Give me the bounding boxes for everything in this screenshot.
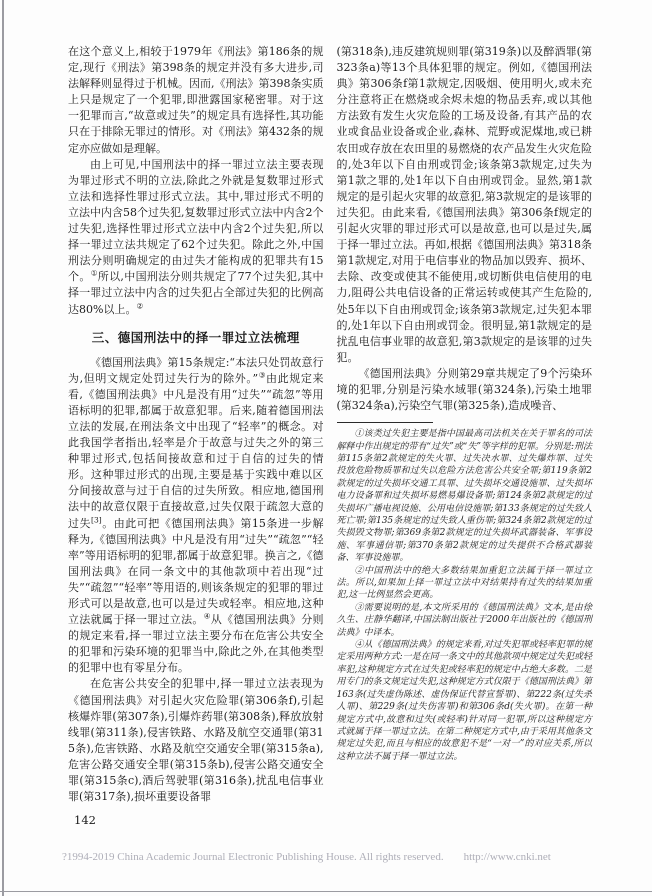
footnote-marker: ④	[204, 611, 211, 620]
footnote-marker: ③	[258, 370, 266, 379]
text-run: (第318条),违反建筑规则罪(第319条)以及醉酒罪(第323条a)等13个具…	[337, 45, 593, 364]
text-run: 在这个意义上,相较于1979年《刑法》第186条的规定,现行《刑法》第398条的…	[68, 45, 324, 155]
body-paragraph: 《德国刑法典》分则第29章共规定了9个污染环境的犯罪,分别是污染水域罪(第324…	[337, 366, 593, 414]
body-paragraph: 在危害公共安全的犯罪中,择一罪过立法表现为《德国刑法典》对引起火灾危险罪(第30…	[68, 676, 324, 805]
footnote-paragraph: ①该类过失犯主要是指中国最高司法机关在关于罪名的司法解释中作出规定的带有“过失”…	[337, 428, 593, 564]
footnote-marker: [3]	[91, 515, 102, 524]
footnote-paragraph: ②中国刑法中的绝大多数结果加重犯立法属于择一罪过立法。所以,如果加上择一罪过立法…	[337, 565, 593, 602]
body-paragraph: (第318条),违反建筑规则罪(第319条)以及醉酒罪(第323条a)等13个具…	[337, 44, 593, 366]
page-bottom-edge	[0, 891, 652, 892]
text-run: 在危害公共安全的犯罪中,择一罪过立法表现为《德国刑法典》对引起火灾危险罪(第30…	[68, 677, 324, 803]
body-paragraph: 由上可见,中国刑法中的择一罪过立法主要表现为罪过形式不明的立法,除此之外就是复数…	[68, 157, 324, 318]
text-run: ②中国刑法中的绝大多数结果加重犯立法属于择一罪过立法。所以,如果加上择一罪过立法…	[337, 566, 593, 601]
footnote-paragraph: ④从《德国刑法典》的规定来看,对过失犯罪或轻率犯罪的规定采用两种方式:一是在同一…	[337, 639, 593, 763]
footer-url: http://www.cnki.net	[464, 851, 551, 863]
footnote-separator	[337, 422, 433, 423]
footnote-marker: ②	[136, 301, 143, 310]
document-page: 在这个意义上,相较于1979年《刑法》第186条的规定,现行《刑法》第398条的…	[0, 0, 652, 896]
text-run: ③需要说明的是,本文所采用的《德国刑法典》文本,是由徐久生、庄静华翻译,中国法制…	[337, 603, 593, 638]
footnote-paragraph: ③需要说明的是,本文所采用的《德国刑法典》文本,是由徐久生、庄静华翻译,中国法制…	[337, 602, 593, 639]
text-run: 由上可见,中国刑法中的择一罪过立法主要表现为罪过形式不明的立法,除此之外就是复数…	[68, 158, 324, 284]
text-run: ①该类过失犯主要是指中国最高司法机关在关于罪名的司法解释中作出规定的带有“过失”…	[337, 429, 593, 563]
footer-copyright: ?1994-2019 China Academic Journal Electr…	[62, 851, 444, 863]
left-column: 在这个意义上,相较于1979年《刑法》第186条的规定,现行《刑法》第398条的…	[68, 44, 324, 805]
footer-watermark: ?1994-2019 China Academic Journal Electr…	[62, 851, 551, 863]
text-run: 所以,中国刑法分则共规定了77个过失犯,其中择一罪过立法中内含的过失犯占全部过失…	[68, 270, 324, 315]
page-content: 在这个意义上,相较于1979年《刑法》第186条的规定,现行《刑法》第398条的…	[68, 44, 592, 805]
text-run: 。由此可把《德国刑法典》第15条进一步解释为,《德国刑法典》中凡是没有用“过失”…	[68, 517, 324, 627]
text-run: ④从《德国刑法典》的规定来看,对过失犯罪或轻率犯罪的规定采用两种方式:一是在同一…	[337, 640, 593, 762]
section-heading: 三、德国刑法中的择一罪过立法梳理	[68, 328, 324, 346]
page-left-edge	[2, 0, 4, 896]
text-run: 由此规定来看,《德国刑法典》中凡是没有用“过失”“疏忽”等用语标明的犯罪,都属于…	[68, 372, 324, 530]
body-paragraph: 在这个意义上,相较于1979年《刑法》第186条的规定,现行《刑法》第398条的…	[68, 44, 324, 157]
footnote-marker: ①	[91, 269, 98, 278]
page-number: 142	[74, 813, 96, 827]
text-run: 《德国刑法典》分则第29章共规定了9个污染环境的犯罪,分别是污染水域罪(第324…	[337, 367, 593, 412]
right-column: (第318条),违反建筑规则罪(第319条)以及醉酒罪(第323条a)等13个具…	[337, 44, 593, 805]
body-paragraph: 《德国刑法典》第15条规定:“本法只处罚故意行为,但明文规定处罚过失行为的除外。…	[68, 355, 324, 677]
